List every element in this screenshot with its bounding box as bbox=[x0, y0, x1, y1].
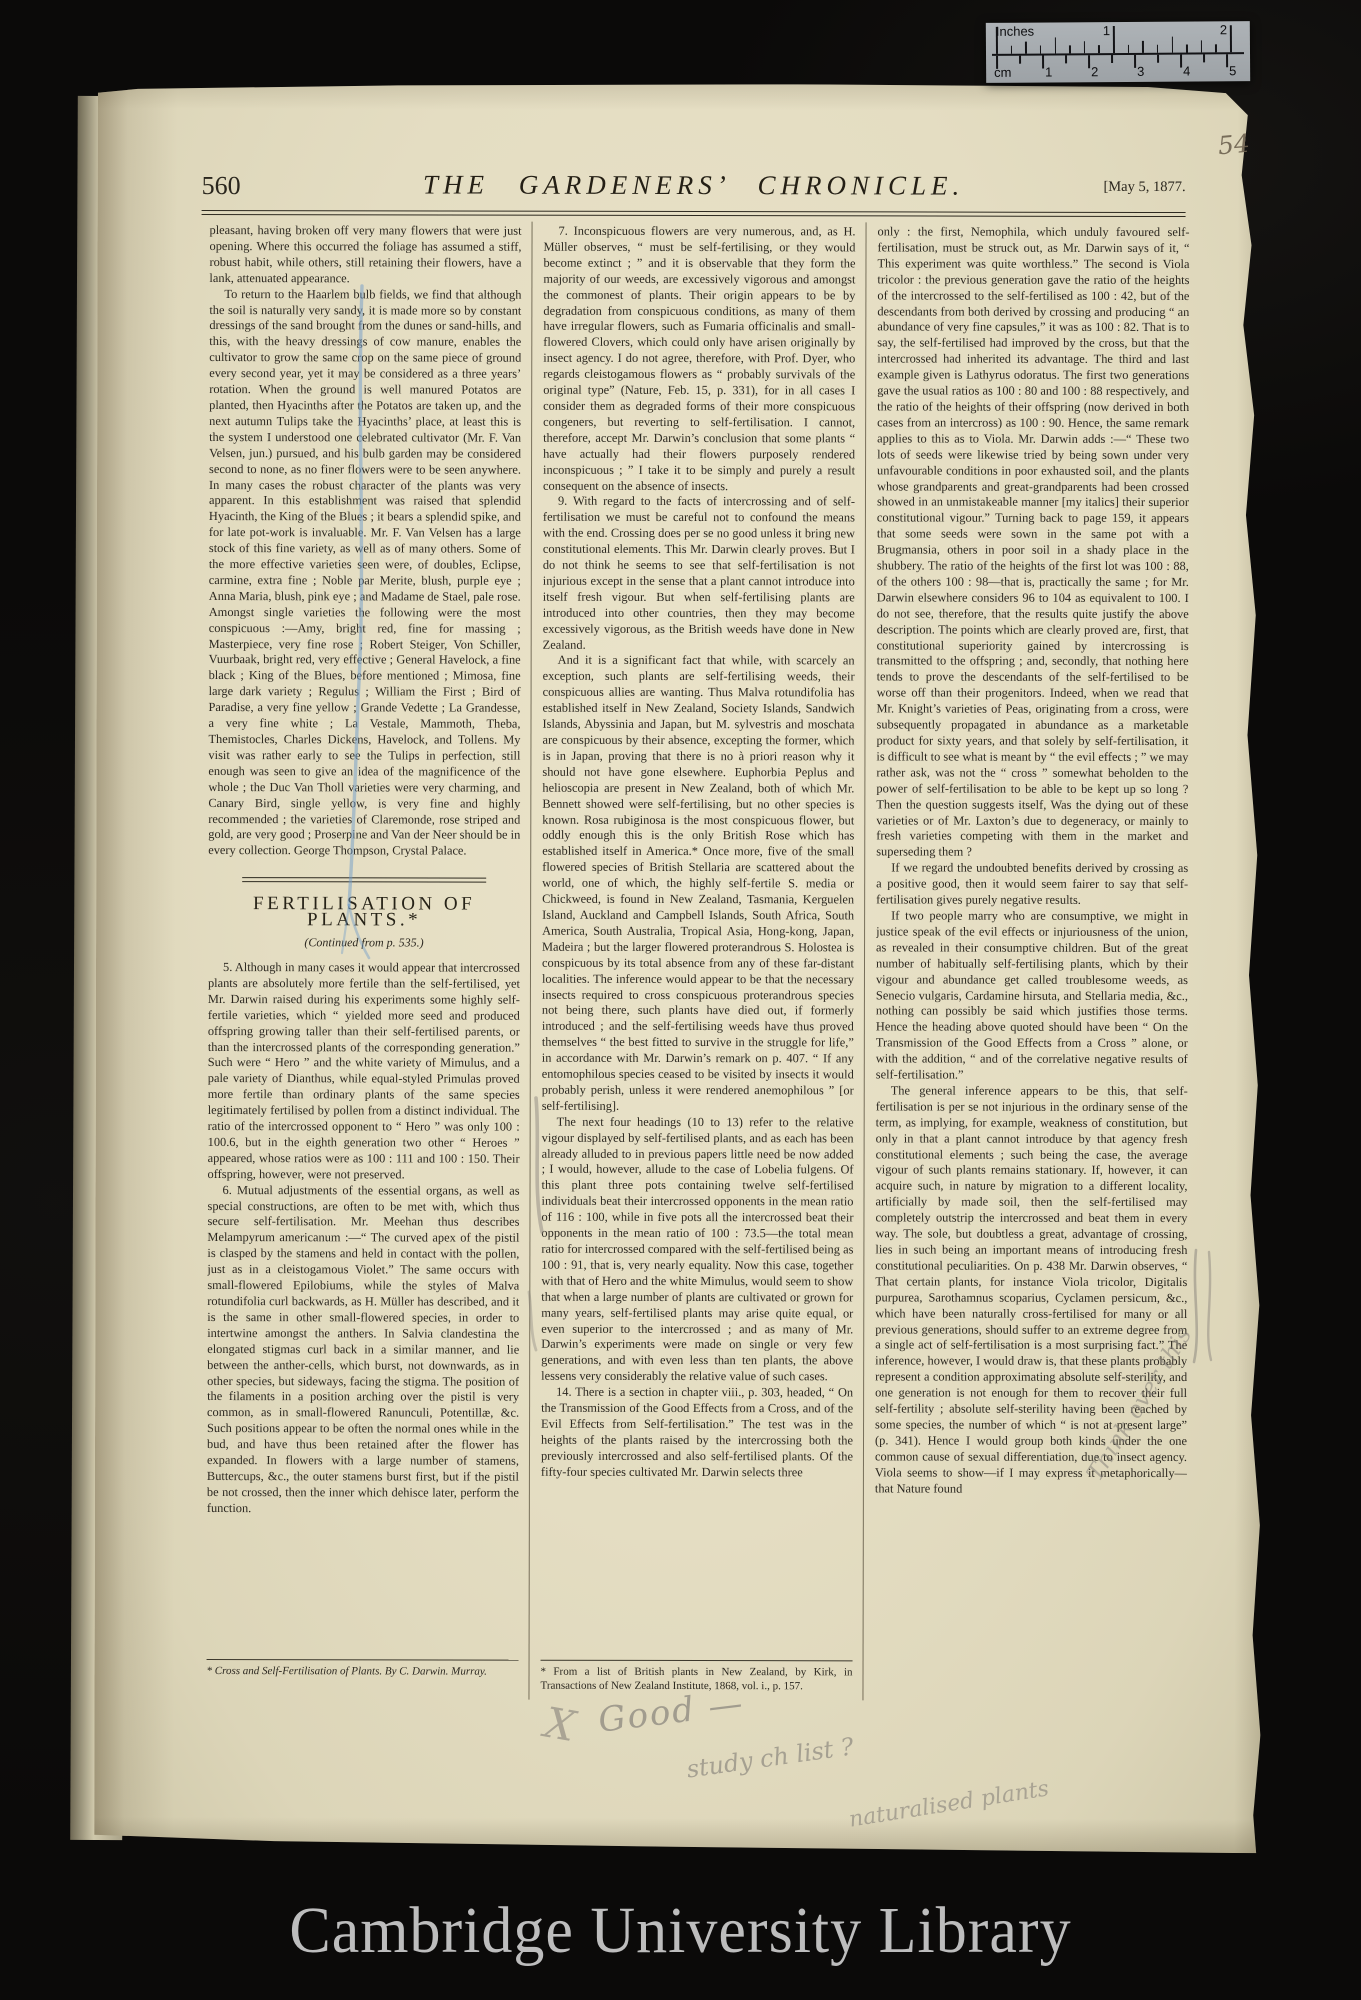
ruler-tick bbox=[1226, 54, 1228, 67]
ruler-tick bbox=[1084, 41, 1086, 53]
ruler-tick bbox=[1157, 54, 1159, 62]
ruler-tick bbox=[1203, 54, 1205, 62]
ruler-tick bbox=[1201, 40, 1203, 52]
ruler-tick bbox=[1230, 25, 1232, 52]
ruler-tick bbox=[1054, 37, 1056, 53]
ruler-tick bbox=[1040, 46, 1042, 54]
ruler-tick bbox=[1215, 44, 1217, 52]
paragraph: 5. Although in many cases it would appea… bbox=[208, 960, 520, 1183]
column-divider-2 bbox=[862, 222, 866, 1700]
ruler-tick bbox=[996, 55, 998, 68]
paragraph: 7. Inconspicuous flowers are very numero… bbox=[543, 224, 856, 495]
column-1-bottom-paragraphs: 5. Although in many cases it would appea… bbox=[207, 960, 520, 1517]
ruler-tick bbox=[1088, 55, 1090, 68]
ruler-tick bbox=[1134, 54, 1136, 67]
footnote-column-1: * Cross and Self-Fertilisation of Plants… bbox=[207, 1659, 519, 1679]
article-double-rule bbox=[242, 877, 485, 883]
ruler-number: 3 bbox=[1137, 64, 1144, 79]
column-2: 7. Inconspicuous flowers are very numero… bbox=[541, 224, 856, 1655]
issue-date: [May 5, 1877. bbox=[1026, 179, 1186, 196]
library-watermark: Cambridge University Library bbox=[0, 1894, 1361, 1969]
paragraph: pleasant, having broken off very many fl… bbox=[209, 223, 521, 287]
ruler-tick bbox=[1180, 54, 1182, 67]
ruler-tick bbox=[1128, 45, 1130, 53]
article-title: FERTILISATION OF PLANTS.* bbox=[208, 896, 520, 928]
ruler-number: 2 bbox=[1091, 64, 1098, 79]
ruler-tick bbox=[1157, 45, 1159, 53]
ruler-tick bbox=[1111, 55, 1113, 63]
ruler-number: 2 bbox=[1220, 22, 1227, 37]
ruler-tick bbox=[1098, 45, 1100, 53]
ruler-midline bbox=[992, 52, 1244, 55]
paragraph: 6. Mutual adjustments of the essential o… bbox=[207, 1183, 520, 1518]
paragraph: only : the first, Nemophila, which undul… bbox=[876, 224, 1189, 861]
photographic-scale-ruler: Inches cm 1212345 bbox=[986, 21, 1250, 83]
ruler-tick bbox=[1113, 26, 1115, 53]
column-1-top-paragraphs: pleasant, having broken off very many fl… bbox=[208, 223, 521, 860]
paragraph: And it is a significant fact that while,… bbox=[542, 653, 855, 1115]
column-3: only : the first, Nemophila, which undul… bbox=[875, 224, 1190, 1681]
paragraph: To return to the Haarlem bulb fields, we… bbox=[208, 287, 521, 860]
scanned-page: 560 THE GARDENERS’ CHRONICLE. [May 5, 18… bbox=[94, 83, 1268, 1853]
article-subtitle: (Continued from p. 535.) bbox=[208, 935, 520, 952]
column-1: pleasant, having broken off very many fl… bbox=[207, 223, 522, 1654]
ruler-tick bbox=[1142, 41, 1144, 53]
ruler-number: 4 bbox=[1183, 63, 1190, 78]
column-divider-1 bbox=[528, 222, 532, 1700]
paragraph: If two people marry who are consumptive,… bbox=[876, 908, 1188, 1084]
paragraph: 9. With regard to the facts of intercros… bbox=[543, 494, 855, 654]
ruler-tick bbox=[1171, 37, 1173, 53]
ruler-tick bbox=[1069, 45, 1071, 53]
ruler-tick bbox=[1011, 46, 1013, 54]
ruler-tick bbox=[996, 27, 998, 54]
ink-fleck bbox=[1332, 268, 1345, 283]
ruler-tick bbox=[1025, 42, 1027, 54]
header-double-rule bbox=[202, 210, 1186, 217]
paragraph: 14. There is a section in chapter viii.,… bbox=[541, 1385, 853, 1481]
ruler-tick bbox=[1065, 55, 1067, 63]
paragraph: If we regard the undoubted benefits deri… bbox=[876, 861, 1188, 909]
ruler-number: 5 bbox=[1229, 63, 1236, 78]
paragraph: The next four headings (10 to 13) refer … bbox=[541, 1114, 854, 1385]
ruler-tick bbox=[1019, 55, 1021, 63]
ruler-tick bbox=[1186, 45, 1188, 53]
ruler-number: 1 bbox=[1103, 23, 1110, 38]
ruler-number: 1 bbox=[1045, 64, 1052, 79]
ruler-tick bbox=[1042, 55, 1044, 68]
pencil-folio-number: 54 bbox=[1217, 129, 1251, 161]
ruler-inches-label: Inches bbox=[996, 24, 1034, 39]
paragraph: The general inference appears to be this… bbox=[875, 1083, 1188, 1497]
